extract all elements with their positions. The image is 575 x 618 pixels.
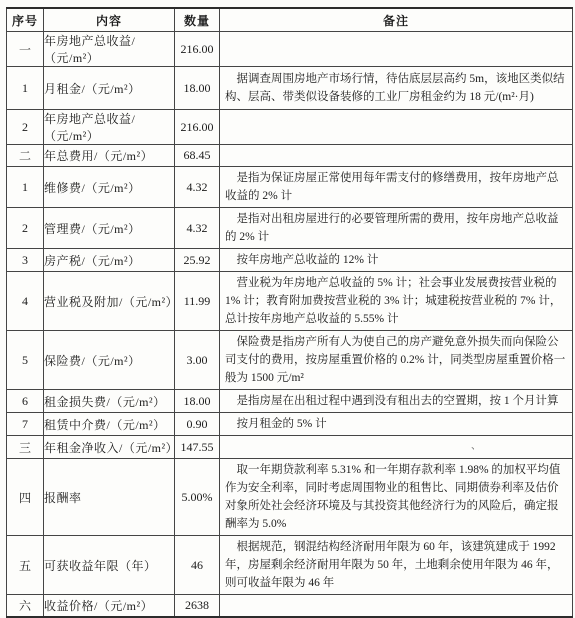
content-cell: 可获收益年限（年）	[44, 536, 175, 582]
quantity-cell: 18.00	[175, 67, 220, 110]
quantity-cell: 25.92	[175, 249, 220, 272]
serial-cell: 二	[7, 145, 44, 167]
content-cell: 保险费/（元/m²）	[44, 331, 175, 390]
serial-cell: 五	[7, 536, 44, 582]
serial-cell: 6	[7, 390, 44, 413]
content-cell: 年房地产总收益/（元/m²）	[44, 110, 175, 145]
note-cell: 保险费是指房产所有人为使自己的房产避免意外损失而向保险公司支付的费用，按房屋重置…	[220, 331, 573, 390]
note-cell: 取一年期贷款利率 5.31% 和一年期存款利率 1.98% 的加权平均值作为安全…	[220, 459, 573, 536]
content-cell: 维修费/（元/m²）	[44, 167, 175, 208]
scan-artifact-mark: 、	[225, 438, 567, 456]
table-row: 6 租金损失费/（元/m²） 18.00 是指房屋在出租过程中遇到没有租出去的空…	[7, 390, 573, 413]
table-row: 7 租赁中介费/（元/m²） 0.90 按月租金的 5% 计	[7, 413, 573, 436]
content-cell: 年总费用/（元/m²）	[44, 145, 175, 167]
quantity-cell: 0.90	[175, 413, 220, 436]
table-row: 五 可获收益年限（年） 46 根据规范，钢混结构经济耐用年限为 60 年，该建筑…	[7, 536, 573, 582]
note-text: 保险费是指房产所有人为使自己的房产避免意外损失而向保险公司支付的费用，按房屋重置…	[225, 333, 567, 387]
note-cell: 据调查周围房地产市场行情，待估底层层高约 5m，该地区类似结构、层高、带类似设备…	[220, 67, 573, 110]
note-cell: 营业税为年房地产总收益的 5% 计；社会事业发展费按营业税的 1% 计；教育附加…	[220, 272, 573, 331]
table-row: 4 营业税及附加/（元/m²） 11.99 营业税为年房地产总收益的 5% 计；…	[7, 272, 573, 331]
header-serial: 序号	[7, 8, 44, 32]
serial-cell: 4	[7, 272, 44, 331]
quantity-cell: 3.00	[175, 331, 220, 390]
table-row: 5 保险费/（元/m²） 3.00 保险费是指房产所有人为使自己的房产避免意外损…	[7, 331, 573, 390]
table-header-row: 序号 内容 数量 备注	[7, 8, 573, 32]
serial-cell: 1	[7, 67, 44, 110]
note-text: 按年房地产总收益的 12% 计	[225, 251, 567, 269]
quantity-cell: 46	[175, 536, 220, 582]
serial-cell: 2	[7, 110, 44, 145]
note-cell	[220, 145, 573, 167]
quantity-cell: 5.00%	[175, 459, 220, 536]
serial-cell: 3	[7, 249, 44, 272]
quantity-cell: 4.32	[175, 167, 220, 208]
quantity-cell: 147.55	[175, 436, 220, 459]
table-row: 1 维修费/（元/m²） 4.32 是指为保证房屋正常使用每年需支付的修缮费用，…	[7, 167, 573, 208]
note-text: 是指为保证房屋正常使用每年需支付的修缮费用，按年房地产总收益的 2% 计	[225, 169, 567, 205]
note-cell	[220, 32, 573, 67]
note-cell	[220, 110, 573, 145]
note-cell: 按年房地产总收益的 12% 计	[220, 249, 573, 272]
table-row: 二 年总费用/（元/m²） 68.45	[7, 145, 573, 167]
table-row: 3 房产税/（元/m²） 25.92 按年房地产总收益的 12% 计	[7, 249, 573, 272]
quantity-cell: 216.00	[175, 32, 220, 67]
quantity-cell: 4.32	[175, 208, 220, 249]
content-cell: 租金损失费/（元/m²）	[44, 390, 175, 413]
table-row: 一 年房地产总收益/（元/m²） 216.00	[7, 32, 573, 67]
header-remark: 备注	[220, 8, 573, 32]
note-text: 营业税为年房地产总收益的 5% 计；社会事业发展费按营业税的 1% 计；教育附加…	[225, 274, 567, 328]
note-text: 取一年期贷款利率 5.31% 和一年期存款利率 1.98% 的加权平均值作为安全…	[225, 461, 567, 533]
content-cell: 租赁中介费/（元/m²）	[44, 413, 175, 436]
scanned-page: 序号 内容 数量 备注 一 年房地产总收益/（元/m²） 216.00 1 月租…	[6, 7, 573, 581]
quantity-cell: 68.45	[175, 145, 220, 167]
note-cell: 按月租金的 5% 计	[220, 413, 573, 436]
note-cell: 、	[220, 436, 573, 459]
table-row: 四 报酬率 5.00% 取一年期贷款利率 5.31% 和一年期存款利率 1.98…	[7, 459, 573, 536]
serial-cell: 2	[7, 208, 44, 249]
note-text: 是指房屋在出租过程中遇到没有租出去的空置期，按 1 个月计算	[225, 392, 567, 410]
note-text: 据调查周围房地产市场行情，待估底层层高约 5m，该地区类似结构、层高、带类似设备…	[225, 70, 567, 106]
serial-cell: 四	[7, 459, 44, 536]
table-row: 2 年房地产总收益/（元/m²） 216.00	[7, 110, 573, 145]
content-cell: 年租金净收入/（元/m²）	[44, 436, 175, 459]
serial-cell: 5	[7, 331, 44, 390]
note-cell: 是指房屋在出租过程中遇到没有租出去的空置期，按 1 个月计算	[220, 390, 573, 413]
serial-cell: 7	[7, 413, 44, 436]
header-content: 内容	[44, 8, 175, 32]
content-cell: 报酬率	[44, 459, 175, 536]
serial-cell: 三	[7, 436, 44, 459]
serial-cell: 1	[7, 167, 44, 208]
quantity-cell: 216.00	[175, 110, 220, 145]
content-cell: 年房地产总收益/（元/m²）	[44, 32, 175, 67]
table-row: 三 年租金净收入/（元/m²） 147.55 、	[7, 436, 573, 459]
quantity-cell: 18.00	[175, 390, 220, 413]
serial-cell: 一	[7, 32, 44, 67]
content-cell: 管理费/（元/m²）	[44, 208, 175, 249]
content-cell: 营业税及附加/（元/m²）	[44, 272, 175, 331]
note-text: 根据规范，钢混结构经济耐用年限为 60 年，该建筑建成于 1992 年，房屋剩余…	[225, 538, 567, 581]
table-row: 1 月租金/（元/m²） 18.00 据调查周围房地产市场行情，待估底层层高约 …	[7, 67, 573, 110]
header-quantity: 数量	[175, 8, 220, 32]
content-cell: 房产税/（元/m²）	[44, 249, 175, 272]
note-text: 按月租金的 5% 计	[225, 415, 567, 433]
content-cell: 月租金/（元/m²）	[44, 67, 175, 110]
income-valuation-table: 序号 内容 数量 备注 一 年房地产总收益/（元/m²） 216.00 1 月租…	[6, 7, 573, 581]
table-row: 2 管理费/（元/m²） 4.32 是指对出租房屋进行的必要管理所需的费用，按年…	[7, 208, 573, 249]
note-cell: 是指对出租房屋进行的必要管理所需的费用，按年房地产总收益的 2% 计	[220, 208, 573, 249]
quantity-cell: 11.99	[175, 272, 220, 331]
note-cell: 是指为保证房屋正常使用每年需支付的修缮费用，按年房地产总收益的 2% 计	[220, 167, 573, 208]
note-text: 是指对出租房屋进行的必要管理所需的费用，按年房地产总收益的 2% 计	[225, 210, 567, 246]
note-cell: 根据规范，钢混结构经济耐用年限为 60 年，该建筑建成于 1992 年，房屋剩余…	[220, 536, 573, 582]
